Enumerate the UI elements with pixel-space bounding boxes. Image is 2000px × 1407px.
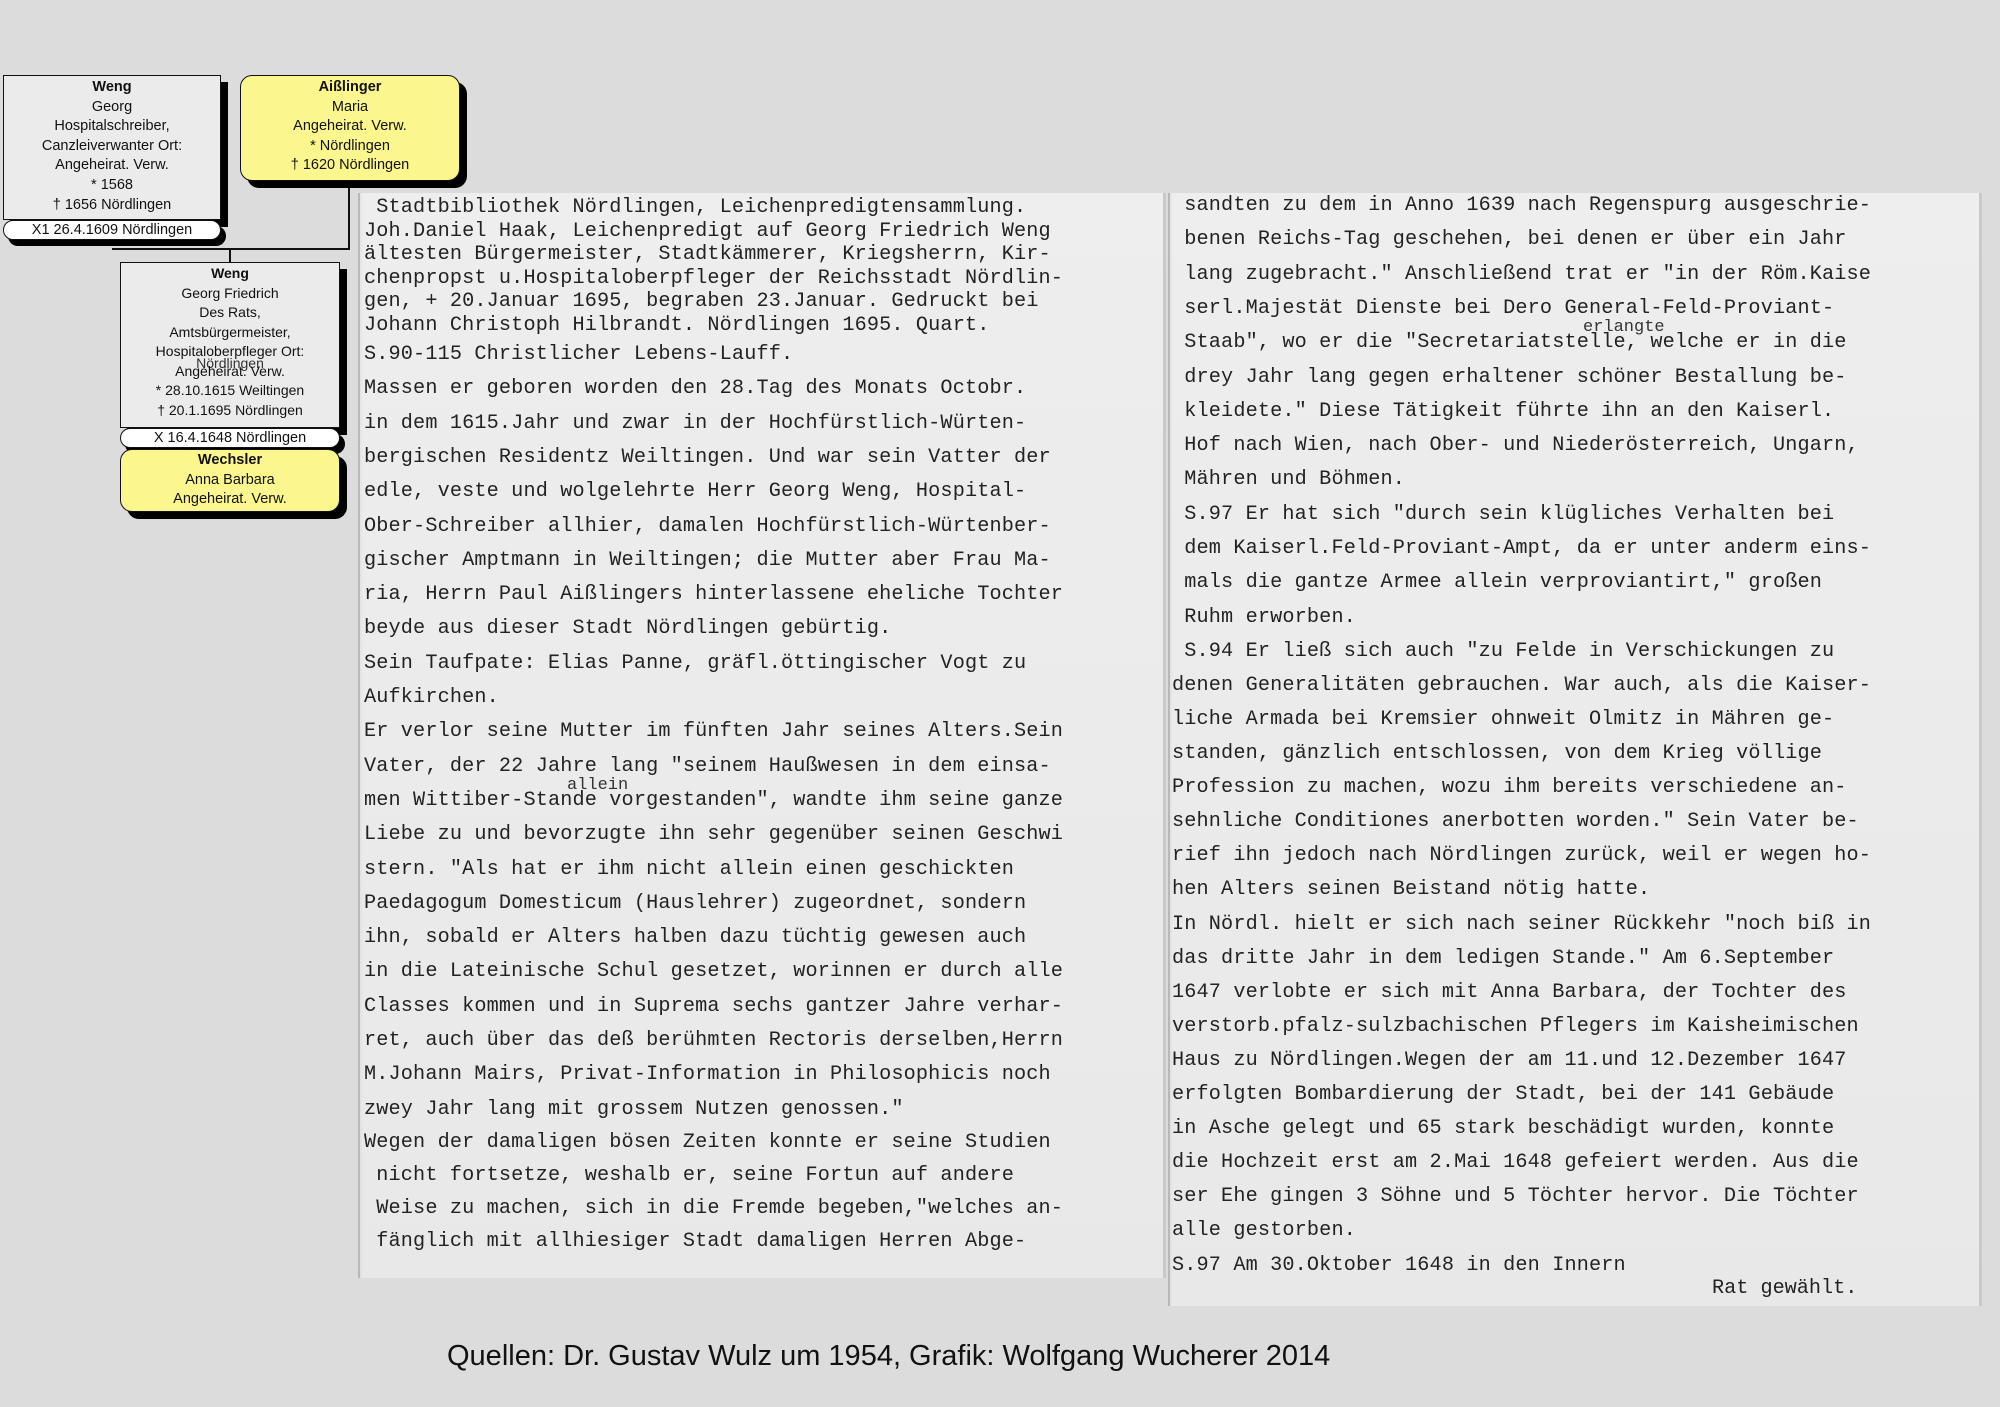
document-line: ser Ehe gingen 3 Söhne und 5 Töchter her… — [1172, 1185, 1859, 1208]
document-line: Staab", wo er die "Secretariatstelle, we… — [1172, 331, 1847, 354]
subject-overlap-text: Nördlingen — [121, 354, 339, 374]
person-card-spouse[interactable]: Wechsler Anna Barbara Angeheirat. Verw. — [120, 449, 340, 512]
document-line: ret, auch über das deß berühmten Rectori… — [364, 1029, 1063, 1052]
father-birth: * 1568 — [4, 176, 220, 196]
document-line: Aufkirchen. — [364, 686, 499, 709]
document-line: M.Johann Mairs, Privat-Information in Ph… — [364, 1063, 1051, 1086]
document-line: Joh.Daniel Haak, Leichenpredigt auf Geor… — [364, 220, 1051, 243]
mother-detail: Maria — [241, 98, 459, 118]
subject-surname: Weng — [121, 264, 339, 284]
document-line: gen, + 20.Januar 1695, begraben 23.Janua… — [364, 290, 1039, 313]
source-credits: Quellen: Dr. Gustav Wulz um 1954, Grafik… — [447, 1340, 1330, 1373]
document-line: in die Lateinische Schul gesetzet, worin… — [364, 960, 1063, 983]
document-line: Paedagogum Domesticum (Hauslehrer) zugeo… — [364, 892, 1026, 915]
document-line: liche Armada bei Kremsier ohnweit Olmitz… — [1172, 708, 1834, 731]
subject-detail-row: Nördlingen Angeheirat. Verw. — [121, 362, 339, 382]
document-line: in dem 1615.Jahr und zwar in der Hochfür… — [364, 412, 1026, 435]
document-line: sehnliche Conditiones anerbotten worden.… — [1172, 810, 1859, 833]
typed-document-left: Stadtbibliothek Nördlingen, Leichenpredi… — [358, 193, 1166, 1278]
document-line: Massen er geboren worden den 28.Tag des … — [364, 377, 1026, 400]
person-card-subject[interactable]: Weng Georg Friedrich Des Rats, Amtsbürge… — [120, 262, 340, 428]
person-card-father[interactable]: Weng Georg Hospitalschreiber, Canzleiver… — [3, 75, 221, 220]
document-line: S.90-115 Christlicher Lebens-Lauff. — [364, 343, 793, 366]
document-line: ihn, sobald er Alters halben dazu tüchti… — [364, 926, 1026, 949]
subject-detail: Amtsbürgermeister, — [121, 323, 339, 343]
document-line: Sein Taufpate: Elias Panne, gräfl.ötting… — [364, 652, 1026, 675]
father-detail: Georg — [4, 98, 220, 118]
document-line: denen Generalitäten gebrauchen. War auch… — [1172, 674, 1871, 697]
father-death: † 1656 Nördlingen — [4, 196, 220, 216]
document-line: benen Reichs-Tag geschehen, bei denen er… — [1172, 228, 1847, 251]
document-line: hen Alters seinen Beistand nötig hatte. — [1172, 878, 1650, 901]
document-line: standen, gänzlich entschlossen, von dem … — [1172, 742, 1822, 765]
document-line: Stadtbibliothek Nördlingen, Leichenpredi… — [364, 196, 1026, 219]
subject-birth: * 28.10.1615 Weiltingen — [121, 381, 339, 401]
document-line: fänglich mit allhiesiger Stadt damaligen… — [364, 1230, 1026, 1253]
handwritten-insertion-right: erlangte — [1583, 318, 1665, 337]
document-line: Vater, der 22 Jahre lang "seinem Haußwes… — [364, 755, 1051, 778]
document-line: bergischen Residentz Weiltingen. Und war… — [364, 446, 1051, 469]
document-line: zwey Jahr lang mit grossem Nutzen genoss… — [364, 1098, 904, 1121]
document-line: Classes kommen und in Suprema sechs gant… — [364, 995, 1063, 1018]
father-marriage-label: X1 26.4.1609 Nördlingen — [3, 220, 221, 240]
document-line: Profession zu machen, wozu ihm bereits v… — [1172, 776, 1847, 799]
document-line: edle, veste und wolgelehrte Herr Georg W… — [364, 480, 1026, 503]
father-detail: Angeheirat. Verw. — [4, 156, 220, 176]
mother-surname: Aißlinger — [241, 78, 459, 98]
father-surname: Weng — [4, 78, 220, 98]
document-line: Weise zu machen, sich in die Fremde bege… — [364, 1197, 1063, 1220]
subject-detail: Des Rats, — [121, 303, 339, 323]
connector-line — [112, 248, 350, 250]
document-line: chenpropst u.Hospitaloberpfleger der Rei… — [364, 267, 1063, 290]
connector-line — [348, 178, 350, 250]
document-line: Ober-Schreiber allhier, damalen Hochfürs… — [364, 515, 1051, 538]
document-line: serl.Majestät Dienste bei Dero General-F… — [1172, 297, 1834, 320]
document-line: lang zugebracht." Anschließend trat er "… — [1172, 263, 1871, 286]
document-line: Johann Christoph Hilbrandt. Nördlingen 1… — [364, 314, 990, 337]
document-line: kleidete." Diese Tätigkeit führte ihn an… — [1172, 400, 1834, 423]
spouse-detail: Anna Barbara — [121, 471, 339, 491]
typed-document-right: sandten zu dem in Anno 1639 nach Regensp… — [1168, 193, 1982, 1306]
document-line: Mähren und Böhmen. — [1172, 468, 1405, 491]
document-line: in Asche gelegt und 65 stark beschädigt … — [1172, 1117, 1834, 1140]
document-line: Er verlor seine Mutter im fünften Jahr s… — [364, 720, 1063, 743]
document-line: alle gestorben. — [1172, 1219, 1356, 1242]
mother-detail: Angeheirat. Verw. — [241, 117, 459, 137]
document-line: Liebe zu und bevorzugte ihn sehr gegenüb… — [364, 823, 1063, 846]
document-line: nicht fortsetze, weshalb er, seine Fortu… — [364, 1164, 1014, 1187]
document-line: erfolgten Bombardierung der Stadt, bei d… — [1172, 1083, 1834, 1106]
document-line: die Hochzeit erst am 2.Mai 1648 gefeiert… — [1172, 1151, 1859, 1174]
document-line: stern. "Als hat er ihm nicht allein eine… — [364, 858, 1014, 881]
spouse-surname: Wechsler — [121, 451, 339, 471]
document-line: men Wittiber-Stande vorgestanden", wandt… — [364, 789, 1063, 812]
document-line: beyde aus dieser Stadt Nördlingen gebürt… — [364, 617, 891, 640]
document-line: ria, Herrn Paul Aißlingers hinterlassene… — [364, 583, 1063, 606]
spouse-detail: Angeheirat. Verw. — [121, 490, 339, 510]
document-line: Haus zu Nördlingen.Wegen der am 11.und 1… — [1172, 1049, 1847, 1072]
subject-detail: Georg Friedrich — [121, 284, 339, 304]
subject-marriage-label: X 16.4.1648 Nördlingen — [120, 428, 340, 448]
document-line: sandten zu dem in Anno 1639 nach Regensp… — [1172, 194, 1871, 217]
document-line: dem Kaiserl.Feld-Proviant-Ampt, da er un… — [1172, 537, 1871, 560]
document-line: rief ihn jedoch nach Nördlingen zurück, … — [1172, 844, 1871, 867]
mother-birth: * Nördlingen — [241, 137, 459, 157]
document-line: ältesten Bürgermeister, Stadtkämmerer, K… — [364, 243, 1051, 266]
document-line: gischer Amptmann in Weiltingen; die Mutt… — [364, 549, 1051, 572]
document-line: das dritte Jahr in dem ledigen Stande." … — [1172, 947, 1834, 970]
document-line: mals die gantze Armee allein verproviant… — [1172, 571, 1822, 594]
document-line: 1647 verlobte er sich mit Anna Barbara, … — [1172, 981, 1847, 1004]
document-line: S.97 Am 30.Oktober 1648 in den Innern — [1172, 1254, 1626, 1277]
father-detail: Hospitalschreiber, — [4, 117, 220, 137]
father-detail: Canzleiverwanter Ort: — [4, 137, 220, 157]
document-line: drey Jahr lang gegen erhaltener schöner … — [1172, 366, 1847, 389]
document-line: Wegen der damaligen bösen Zeiten konnte … — [364, 1131, 1051, 1154]
subject-death: † 20.1.1695 Nördlingen — [121, 401, 339, 421]
document-line: In Nördl. hielt er sich nach seiner Rück… — [1172, 913, 1871, 936]
document-line: S.97 Er hat sich "durch sein klügliches … — [1172, 503, 1834, 526]
person-card-mother[interactable]: Aißlinger Maria Angeheirat. Verw. * Nörd… — [240, 75, 460, 181]
document-line: Hof nach Wien, nach Ober- und Niederöste… — [1172, 434, 1859, 457]
mother-death: † 1620 Nördlingen — [241, 156, 459, 176]
document-last-line-tail: Rat gewählt. — [1712, 1277, 1857, 1300]
handwritten-insertion-left: allein — [567, 776, 628, 795]
document-line: Ruhm erworben. — [1172, 606, 1356, 629]
document-line: S.94 Er ließ sich auch "zu Felde in Vers… — [1172, 640, 1834, 663]
document-line: verstorb.pfalz-sulzbachischen Pflegers i… — [1172, 1015, 1859, 1038]
